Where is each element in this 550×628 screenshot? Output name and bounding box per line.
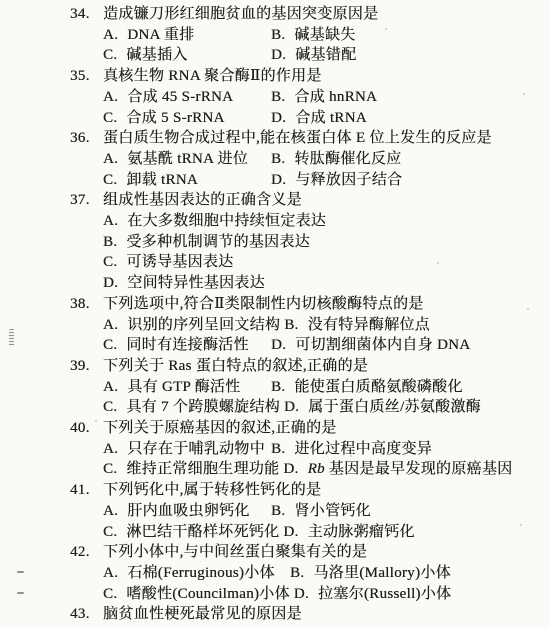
- option-text: 合成 tRNA: [295, 110, 367, 126]
- option-text: 与释放因子结合: [295, 172, 402, 188]
- option-37-c: C.可诱导基因表达: [103, 252, 233, 273]
- option-36-b: B.转肽酶催化反应: [271, 149, 401, 170]
- option-text: 卸载 tRNA: [126, 172, 198, 188]
- option-41-b: B.肾小管钙化: [271, 501, 371, 522]
- option-34-b: B.碱基缺失: [271, 25, 356, 46]
- question-text: 下列小体中,与中间丝蛋白聚集有关的是: [103, 542, 367, 563]
- option-text: 可切割细菌体内自身 DNA: [295, 337, 470, 353]
- option-label: D.: [271, 47, 286, 63]
- option-text: 氨基酰 tRNA 进位: [127, 151, 248, 167]
- option-text: 进化过程中高度变异: [294, 441, 432, 457]
- option-label: D.: [283, 461, 298, 477]
- option-35-c: C.合成 5 S-rRNA: [103, 108, 271, 129]
- option-text: 合成 5 S-rRNA: [126, 110, 224, 126]
- exam-page: 34. 造成镰刀形红细胞贫血的基因突变原因是 A.DNA 重排 B.碱基缺失 C…: [0, 0, 550, 625]
- scan-speck: [523, 93, 525, 95]
- option-text: 可诱导基因表达: [126, 254, 233, 270]
- option-40-d: D.Rb基因是最早发现的原癌基因: [283, 459, 512, 480]
- option-label: D.: [271, 110, 286, 126]
- option-text: 合成 45 S-rRNA: [127, 89, 233, 105]
- option-label: A.: [103, 89, 118, 105]
- question-41: 41. 下列钙化中,属于转移性钙化的是 A.肝内血吸虫卵钙化 B.肾小管钙化 C…: [70, 480, 544, 542]
- option-text: 淋巴结干酪样坏死钙化: [126, 524, 279, 540]
- option-42-a: A.石棉(Ferruginous)小体: [103, 563, 290, 584]
- option-label: B.: [290, 565, 304, 581]
- option-text: 基因是最早发现的原癌基因: [329, 461, 513, 477]
- option-text: 马洛里(Mallory)小体: [313, 565, 451, 581]
- option-text: 肝内血吸虫卵钙化: [127, 503, 249, 519]
- option-text: DNA 重排: [127, 27, 194, 43]
- question-number: 35.: [70, 66, 96, 87]
- option-label: C.: [103, 254, 117, 270]
- option-text: 肾小管钙化: [294, 503, 371, 519]
- option-text: 石棉(Ferruginous)小体: [127, 565, 275, 581]
- question-37: 37. 组成性基因表达的正确含义是 A.在大多数细胞中持续恒定表达 B.受多种机…: [70, 190, 544, 294]
- question-text: 组成性基因表达的正确含义是: [103, 190, 302, 211]
- option-text: 碱基缺失: [294, 27, 355, 43]
- question-text: 造成镰刀形红细胞贫血的基因突变原因是: [103, 4, 378, 25]
- option-text: 识别的序列呈回文结构: [127, 317, 280, 333]
- option-text: 属于蛋白质丝/苏氨酸激酶: [308, 399, 481, 415]
- option-36-a: A.氨基酰 tRNA 进位: [103, 149, 271, 170]
- option-text: 碱基插入: [126, 47, 187, 63]
- option-42-d: D.拉塞尔(Russell)小体: [294, 584, 452, 605]
- question-43: 43. 脑贫血性梗死最常见的原因是: [70, 604, 544, 625]
- question-number: 34.: [70, 4, 96, 25]
- option-label: B.: [271, 89, 285, 105]
- option-34-c: C.碱基插入: [103, 45, 271, 66]
- option-text: 维持正常细胞生理功能: [126, 461, 279, 477]
- question-number: 38.: [70, 294, 96, 315]
- option-label: D.: [271, 337, 286, 353]
- option-41-d: D.主动脉粥瘤钙化: [283, 522, 414, 543]
- option-39-d: D.属于蛋白质丝/苏氨酸激酶: [284, 397, 481, 418]
- scan-margin-dash: [17, 571, 24, 573]
- option-39-a: A.具有 GTP 酶活性: [103, 377, 271, 398]
- option-label: C.: [103, 47, 117, 63]
- scan-speck: [95, 420, 97, 422]
- scan-speck: [430, 570, 432, 572]
- question-number: 42.: [70, 542, 96, 563]
- option-label: A.: [103, 441, 118, 457]
- question-number: 41.: [70, 480, 96, 501]
- option-35-b: B.合成 hnRNA: [271, 87, 377, 108]
- option-40-a: A.只存在于哺乳动物中: [103, 439, 271, 460]
- option-label: A.: [103, 213, 118, 229]
- option-text: 能使蛋白质酪氨酸磷酸化: [294, 379, 462, 395]
- question-number: 40.: [70, 418, 96, 439]
- question-34: 34. 造成镰刀形红细胞贫血的基因突变原因是 A.DNA 重排 B.碱基缺失 C…: [70, 4, 544, 66]
- question-text: 下列关于原癌基因的叙述,正确的是: [103, 418, 337, 439]
- option-39-b: B.能使蛋白质酪氨酸磷酸化: [271, 377, 463, 398]
- scan-speck: [350, 455, 352, 457]
- option-37-d: D.空间特异性基因表达: [103, 273, 265, 294]
- scan-speck: [437, 262, 439, 264]
- option-label: C.: [103, 524, 117, 540]
- option-label: C.: [103, 461, 117, 477]
- option-42-b: B.马洛里(Mallory)小体: [290, 563, 451, 584]
- option-35-a: A.合成 45 S-rRNA: [103, 87, 271, 108]
- option-39-c: C.具有 7 个跨膜螺旋结构: [103, 397, 284, 418]
- option-label: D.: [284, 399, 299, 415]
- option-34-a: A.DNA 重排: [103, 25, 271, 46]
- option-37-b: B.受多种机制调节的基因表达: [103, 232, 310, 253]
- option-text: 只存在于哺乳动物中: [127, 441, 265, 457]
- option-label: A.: [103, 151, 118, 167]
- option-40-c: C.维持正常细胞生理功能: [103, 459, 283, 480]
- question-42: 42. 下列小体中,与中间丝蛋白聚集有关的是 A.石棉(Ferruginous)…: [70, 542, 544, 604]
- option-label: D.: [283, 524, 298, 540]
- question-38: 38. 下列选项中,符合Ⅱ类限制性内切核酸酶特点的是 A.识别的序列呈回文结构 …: [70, 294, 544, 356]
- option-label: A.: [103, 503, 118, 519]
- option-text: 具有 GTP 酶活性: [127, 379, 240, 395]
- option-35-d: D.合成 tRNA: [271, 108, 367, 129]
- option-41-a: A.肝内血吸虫卵钙化: [103, 501, 271, 522]
- option-text: 没有特异酶解位点: [308, 317, 430, 333]
- option-38-c: C.同时有连接酶活性: [103, 335, 271, 356]
- option-text: 空间特异性基因表达: [127, 275, 265, 291]
- option-text: 受多种机制调节的基因表达: [126, 234, 310, 250]
- option-text: 具有 7 个跨膜螺旋结构: [126, 399, 280, 415]
- question-text: 下列钙化中,属于转移性钙化的是: [103, 480, 321, 501]
- option-text: 嗜酸性(Councilman)小体: [126, 586, 289, 602]
- question-36: 36. 蛋白质生物合成过程中,能在核蛋白体 E 位上发生的反应是 A.氨基酰 t…: [70, 128, 544, 190]
- question-text: 下列选项中,符合Ⅱ类限制性内切核酸酶特点的是: [103, 294, 424, 315]
- option-text: 碱基错配: [295, 47, 356, 63]
- question-number: 37.: [70, 190, 96, 211]
- option-38-b: B.没有特异酶解位点: [284, 315, 430, 336]
- option-label: C.: [103, 110, 117, 126]
- option-text: 主动脉粥瘤钙化: [308, 524, 415, 540]
- option-label: C.: [103, 586, 117, 602]
- option-label: B.: [271, 441, 285, 457]
- option-label: B.: [271, 27, 285, 43]
- option-label: B.: [103, 234, 117, 250]
- option-37-a: A.在大多数细胞中持续恒定表达: [103, 211, 326, 232]
- option-label: C.: [103, 399, 117, 415]
- option-label: D.: [294, 586, 309, 602]
- question-number: 43.: [70, 604, 96, 625]
- option-label: D.: [103, 275, 118, 291]
- scan-speck: [385, 28, 387, 30]
- question-40: 40. 下列关于原癌基因的叙述,正确的是 A.只存在于哺乳动物中 B.进化过程中…: [70, 418, 544, 480]
- option-label: C.: [103, 337, 117, 353]
- question-35: 35. 真核生物 RNA 聚合酶Ⅱ的作用是 A.合成 45 S-rRNA B.合…: [70, 66, 544, 128]
- option-text: 在大多数细胞中持续恒定表达: [127, 213, 326, 229]
- option-label: A.: [103, 379, 118, 395]
- question-number: 36.: [70, 128, 96, 149]
- option-38-a: A.识别的序列呈回文结构: [103, 315, 284, 336]
- option-text: 转肽酶催化反应: [294, 151, 401, 167]
- option-text: 同时有连接酶活性: [126, 337, 248, 353]
- option-42-c: C.嗜酸性(Councilman)小体: [103, 584, 294, 605]
- scan-speck: [520, 524, 522, 526]
- scan-margin-dash: [17, 592, 24, 594]
- question-text: 下列关于 Ras 蛋白特点的叙述,正确的是: [103, 356, 368, 377]
- option-34-d: D.碱基错配: [271, 45, 356, 66]
- scan-speck: [527, 308, 529, 310]
- option-label: A.: [103, 27, 118, 43]
- option-36-c: C.卸载 tRNA: [103, 170, 271, 191]
- scan-margin-smudge: [9, 329, 14, 347]
- option-36-d: D.与释放因子结合: [271, 170, 402, 191]
- option-label: A.: [103, 317, 118, 333]
- question-39: 39. 下列关于 Ras 蛋白特点的叙述,正确的是 A.具有 GTP 酶活性 B…: [70, 356, 544, 418]
- question-text: 蛋白质生物合成过程中,能在核蛋白体 E 位上发生的反应是: [103, 128, 492, 149]
- option-label: B.: [271, 379, 285, 395]
- question-number: 39.: [70, 356, 96, 377]
- option-text: 拉塞尔(Russell)小体: [318, 586, 451, 602]
- question-text: 真核生物 RNA 聚合酶Ⅱ的作用是: [103, 66, 322, 87]
- option-label: B.: [271, 503, 285, 519]
- option-text: 合成 hnRNA: [294, 89, 377, 105]
- option-label: B.: [284, 317, 298, 333]
- option-label: D.: [271, 172, 286, 188]
- option-label: C.: [103, 172, 117, 188]
- option-38-d: D.可切割细菌体内自身 DNA: [271, 335, 470, 356]
- option-label: B.: [271, 151, 285, 167]
- question-text: 脑贫血性梗死最常见的原因是: [103, 604, 302, 625]
- option-41-c: C.淋巴结干酪样坏死钙化: [103, 522, 283, 543]
- gene-symbol-rb: Rb: [308, 461, 325, 477]
- option-label: A.: [103, 565, 118, 581]
